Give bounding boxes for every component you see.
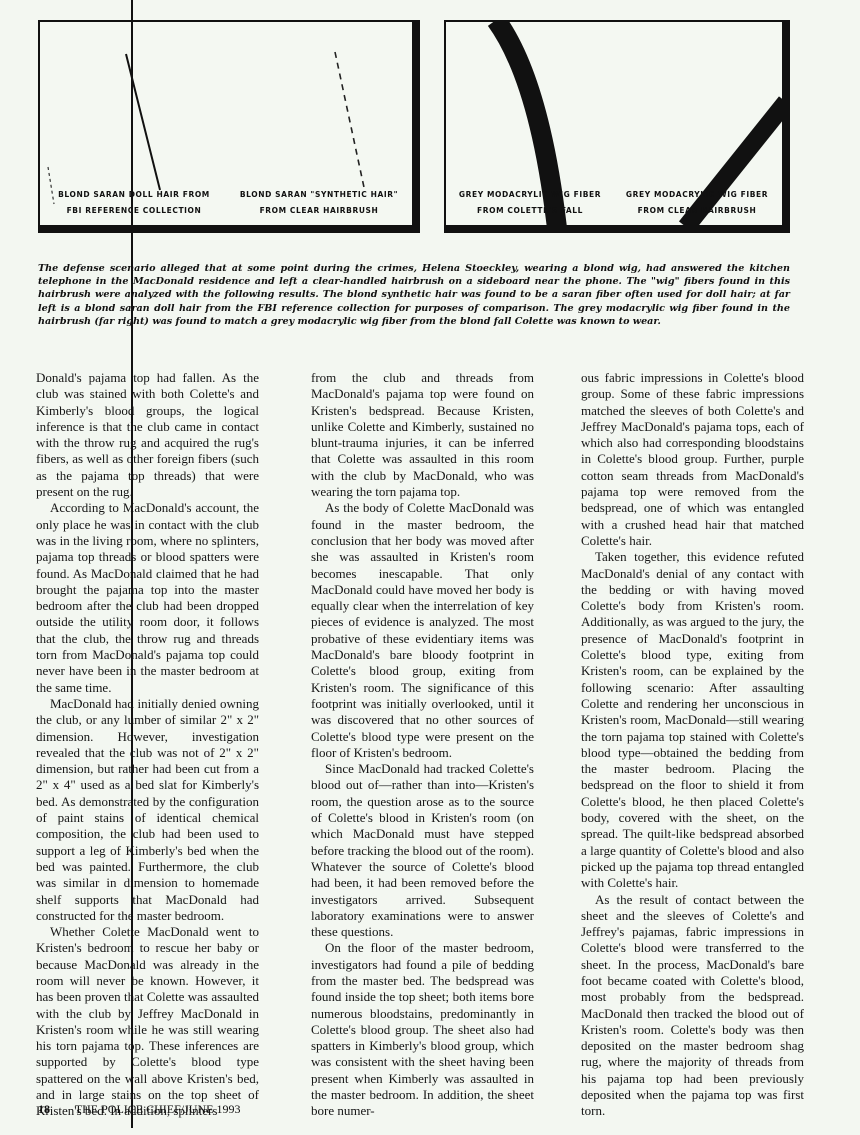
paragraph: MacDonald had initially denied owning th… [36, 696, 259, 924]
figure-right-modacrylic-fiber: GREY MODACRYLIC WIG FIBER FROM COLETTE'S… [444, 20, 790, 233]
figure-left-saran-hair: BLOND SARAN DOLL HAIR FROM FBI REFERENCE… [38, 20, 420, 233]
paragraph: ous fabric impressions in Colette's bloo… [581, 370, 804, 549]
page-footer: 18 THE POLICE CHIEF/JUNE 1993 [38, 1102, 240, 1117]
article-column-3: ous fabric impressions in Colette's bloo… [581, 370, 804, 1120]
paragraph: On the floor of the master bedroom, inve… [311, 940, 534, 1119]
scan-artifact-vertical-line [131, 0, 133, 1128]
paragraph: According to MacDonald's account, the on… [36, 500, 259, 696]
figure-caption: The defense scenario alleged that at som… [38, 262, 790, 328]
paragraph: Whether Colette MacDonald went to Kriste… [36, 924, 259, 1120]
paragraph: As the body of Colette MacDonald was fou… [311, 500, 534, 761]
paragraph: Since MacDonald had tracked Colette's bl… [311, 761, 534, 940]
publication-line: THE POLICE CHIEF/JUNE 1993 [75, 1102, 241, 1116]
page-number: 18 [38, 1102, 50, 1116]
article-column-1: Donald's pajama top had fallen. As the c… [36, 370, 259, 1120]
paragraph: As the result of contact between the she… [581, 892, 804, 1120]
figure-label-hairbrush-fiber: GREY MODACRYLIC WIG FIBER FROM CLEAR HAI… [616, 187, 778, 219]
article-column-2: from the club and threads from MacDonald… [311, 370, 534, 1120]
paragraph: from the club and threads from MacDonald… [311, 370, 534, 500]
figure-label-doll-hair: BLOND SARAN DOLL HAIR FROM FBI REFERENCE… [44, 187, 224, 219]
paragraph: Donald's pajama top had fallen. As the c… [36, 370, 259, 500]
figure-label-fall-fiber: GREY MODACRYLIC WIG FIBER FROM COLETTE'S… [450, 187, 610, 219]
paragraph: Taken together, this evidence refuted Ma… [581, 549, 804, 891]
figure-label-synthetic-hair: BLOND SARAN "SYNTHETIC HAIR" FROM CLEAR … [230, 187, 408, 219]
